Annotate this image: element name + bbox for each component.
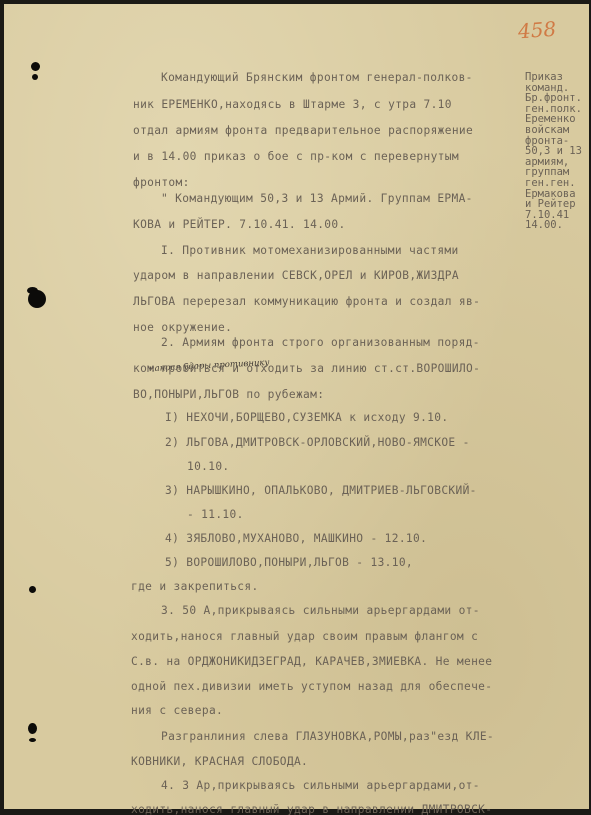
text-line: 2) ЛЬГОВА,ДМИТРОВСК-ОРЛОВСКИЙ,НОВО-ЯМСКО… <box>165 436 470 449</box>
text-line: 3. 50 А,прикрываясь сильными арьергардам… <box>161 604 480 617</box>
archival-document-page: 458 Приказ команд. Бр.фронт. ген.полк. Е… <box>4 4 589 809</box>
text-line: КОВНИКИ, КРАСНАЯ СЛОБОДА. <box>131 755 308 768</box>
text-line: ное окружение. <box>133 321 232 334</box>
text-line: ком пробиться и отходить за линию ст.ст.… <box>133 362 480 375</box>
punch-hole <box>32 74 38 80</box>
punch-hole <box>28 290 46 308</box>
text-line: ВО,ПОНЫРИ,ЛЬГОВ по рубежам: <box>133 388 324 401</box>
text-line: фронтом: <box>133 176 190 189</box>
text-line: ния с севера. <box>131 704 223 717</box>
text-line: ходить,нанося главный удар своим правым … <box>131 630 478 643</box>
text-line: I. Противник мотомеханизированными частя… <box>161 244 459 257</box>
text-line: С.в. на ОРДЖОНИКИДЗЕГРАД, КАРАЧЕВ,ЗМИЕВК… <box>131 655 492 668</box>
margin-note: Приказ команд. Бр.фронт. ген.полк. Ереме… <box>525 72 591 231</box>
text-line: и в 14.00 приказ о бое с пр-ком с переве… <box>133 150 459 163</box>
text-line: ЛЬГОВА перерезал коммуникацию фронта и с… <box>133 295 480 308</box>
text-line: ударом в направлении СЕВСК,ОРЕЛ и КИРОВ,… <box>133 269 459 282</box>
text-line: отдал армиям фронта предварительное расп… <box>133 124 473 137</box>
text-line: ходить,нанося главный удар в направлении… <box>131 803 492 815</box>
text-line: где и закрепиться. <box>131 580 259 593</box>
punch-hole <box>29 586 36 593</box>
folio-number: 458 <box>517 17 557 44</box>
text-line: 2. Армиям фронта строго организованным п… <box>161 336 480 349</box>
text-line: КОВА и РЕЙТЕР. 7.10.41. 14.00. <box>133 218 346 231</box>
punch-hole <box>31 62 40 71</box>
text-line: 5) ВОРОШИЛОВО,ПОНЫРИ,ЛЬГОВ - 13.10, <box>165 556 413 569</box>
punch-hole <box>29 738 36 742</box>
text-line: ник ЕРЕМЕНКО,находясь в Штарме 3, с утра… <box>133 98 452 111</box>
text-line: одной пех.дивизии иметь уступом назад дл… <box>131 680 492 693</box>
text-line: Командующий Брянским фронтом генерал-пол… <box>161 71 473 84</box>
text-line: 3) НАРЫШКИНО, ОПАЛЬКОВО, ДМИТРИЕВ-ЛЬГОВС… <box>165 484 477 497</box>
text-line: I) НЕХОЧИ,БОРЩЕВО,СУЗЕМКА к исходу 9.10. <box>165 411 448 424</box>
text-line: " Командующим 50,3 и 13 Армий. Группам Е… <box>161 192 473 205</box>
text-line: Разгранлиния слева ГЛАЗУНОВКА,РОМЫ,раз"е… <box>161 730 494 743</box>
text-line: 4. 3 Ар,прикрываясь сильными арьергардам… <box>161 779 480 792</box>
text-line: - 11.10. <box>187 508 244 521</box>
text-line: 10.10. <box>187 460 230 473</box>
punch-hole <box>28 723 37 734</box>
text-line: 4) ЗЯБЛОВО,МУХАНОВО, МАШКИНО - 12.10. <box>165 532 427 545</box>
